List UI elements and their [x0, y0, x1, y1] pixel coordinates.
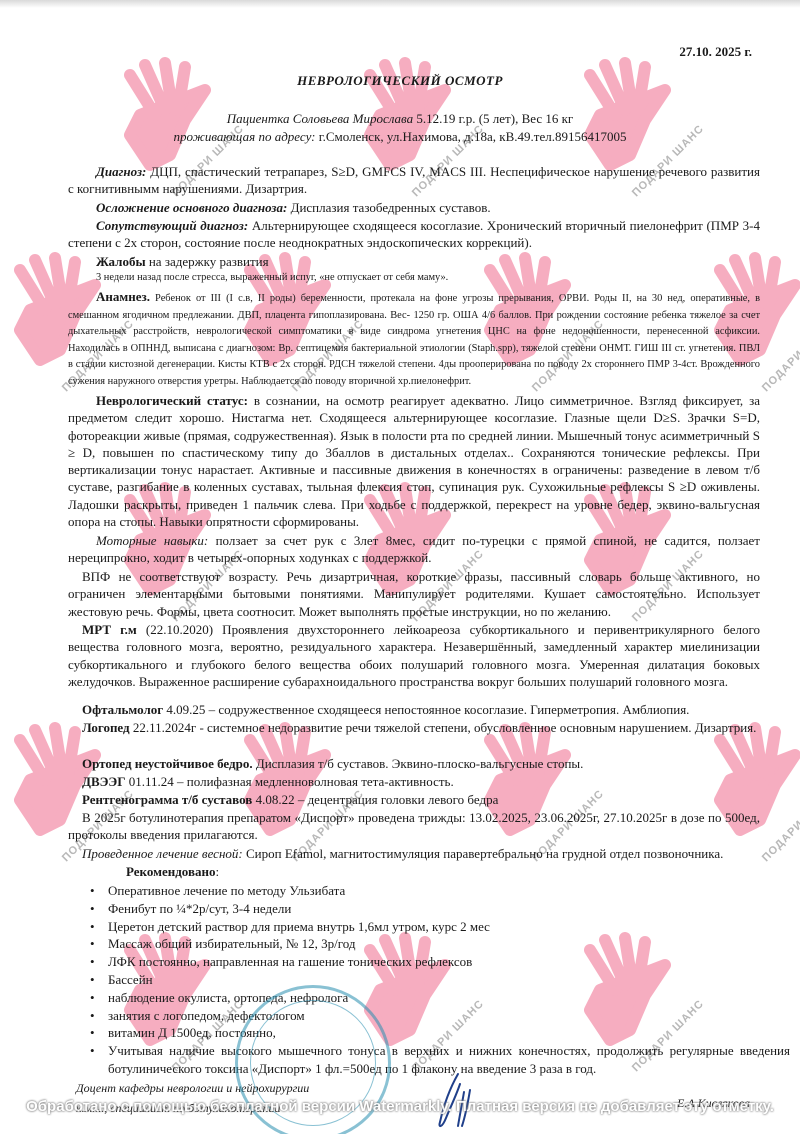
diagnosis-text: ДЦП, спастический тетрапарез, S≥D, GMFCS…: [68, 164, 760, 196]
diagnosis-section: Диагноз: ДЦП, спастический тетрапарез, S…: [68, 163, 760, 198]
motor-skills-label: Моторные навыки:: [96, 533, 208, 548]
patient-info: Пациентка Соловьева Мирослава 5.12.19 г.…: [0, 110, 800, 146]
recommendation-item: витамин Д 1500ед, постоянно,: [90, 1024, 790, 1042]
recommendation-item: Массаж общий избирательный, № 12, 3р/год: [90, 935, 790, 953]
watermark-logo-text: ПОДАРИ ШАНС: [760, 318, 800, 395]
recommendation-item: занятия с логопедом, дефектологом: [90, 1007, 790, 1025]
recommendations-colon: :: [216, 864, 220, 879]
motor-skills-section: Моторные навыки: ползает за счет рук с 3…: [68, 532, 760, 567]
document-date: 27.10. 2025 г.: [679, 44, 752, 60]
xray-label: Рентгенограмма т/б суставов: [82, 792, 252, 807]
patient-address: г.Смоленск, ул.Нахимова, д.18а, кВ.49.те…: [316, 129, 627, 144]
mri-section: МРТ г.м (22.10.2020) Проявления двухстор…: [68, 621, 760, 690]
speech-therapist-section: Логопед 22.11.2024г - системное недоразв…: [68, 719, 760, 736]
diagnosis-label: Диагноз:: [96, 164, 146, 179]
mri-label: МРТ г.м: [82, 622, 137, 637]
recommendation-item: Бассейн: [90, 971, 790, 989]
watermarkly-overlay-text: Обработано с помощью бесплатной версии W…: [0, 1098, 800, 1115]
concomitant-label: Сопутствующий диагноз:: [96, 218, 248, 233]
ophthalmologist-label: Офтальмолог: [82, 702, 163, 717]
patient-name: Пациентка Соловьева Мирослава: [227, 111, 413, 126]
watermark-logo-text: ПОДАРИ ШАНС: [760, 788, 800, 865]
orthopedist-label: Ортопед неустойчивое бедро.: [82, 756, 253, 771]
scan-edge-shadow: [0, 0, 800, 8]
spring-treatment-label: Проведенное лечение весной:: [82, 846, 243, 861]
document-page: ПОДАРИ ШАНСПОДАРИ ШАНСПОДАРИ ШАНСПОДАРИ …: [0, 0, 800, 1134]
complication-section: Осложнение основного диагноза: Дисплазия…: [68, 199, 760, 216]
complaints-detail: 3 недели назад после стресса, выраженный…: [68, 270, 760, 287]
patient-details: 5.12.19 г.р. (5 лет), Вес 16 кг: [413, 111, 573, 126]
eeg-text: 01.11.24 – полифазная медленноволновая т…: [126, 774, 454, 789]
document-title: НЕВРОЛОГИЧЕСКИЙ ОСМОТР: [0, 73, 800, 89]
anamnesis-section: Анамнез. Ребенок от III (I с.в, II роды)…: [68, 289, 760, 391]
orthopedist-section: Ортопед неустойчивое бедро. Дисплазия т/…: [68, 755, 760, 772]
vpf-section: ВПФ не соответствуют возрасту. Речь диза…: [68, 568, 760, 620]
neuro-status-text: в сознании, на осмотр реагирует адекватн…: [68, 393, 760, 529]
recommendation-item: Церетон детский раствор для приема внутр…: [90, 918, 790, 936]
spring-treatment-section: Проведенное лечение весной: Сироп Efamol…: [68, 845, 760, 862]
address-label: проживающая по адресу:: [174, 129, 316, 144]
recommendation-item: наблюдение окулиста, ортопеда, нефролога: [90, 989, 790, 1007]
complaints-section: Жалобы на задержку развития: [68, 253, 760, 270]
anamnesis-text: Ребенок от III (I с.в, II роды) беременн…: [68, 293, 760, 387]
eeg-section: ДВЭЭГ 01.11.24 – полифазная медленноволн…: [68, 773, 760, 790]
recommendation-item: ЛФК постоянно, направленная на гашение т…: [90, 953, 790, 971]
anamnesis-label: Анамнез.: [96, 289, 150, 304]
eeg-label: ДВЭЭГ: [82, 774, 126, 789]
complication-text: Дисплазия тазобедренных суставов.: [287, 200, 490, 215]
neuro-status-section: Неврологический статус: в сознании, на о…: [68, 392, 760, 530]
speech-therapist-label: Логопед: [82, 720, 130, 735]
complaints-text: на задержку развития: [146, 254, 269, 269]
mri-text: (22.10.2020) Проявления двухстороннего л…: [68, 622, 760, 689]
concomitant-section: Сопутствующий диагноз: Альтернирующее сх…: [68, 217, 760, 252]
botox-section: В 2025г ботулинотерапия препаратом «Дисп…: [68, 809, 760, 844]
neuro-status-label: Неврологический статус:: [96, 393, 248, 408]
recommendations-heading: Рекомендовано:: [126, 863, 426, 880]
spring-treatment-text: Сироп Efamol, магнитостимуляция параверт…: [243, 846, 724, 861]
recommendations-label: Рекомендовано: [126, 864, 216, 879]
orthopedist-text: Дисплазия т/б суставов. Эквино-плоско-ва…: [253, 756, 584, 771]
ophthalmologist-section: Офтальмолог 4.09.25 – содружественное сх…: [68, 701, 760, 718]
xray-text: 4.08.22 – децентрация головки левого бед…: [252, 792, 498, 807]
ophthalmologist-text: 4.09.25 – содружественное сходящееся неп…: [163, 702, 689, 717]
recommendation-item: Фенибут по ¼*2р/сут, 3-4 недели: [90, 900, 790, 918]
recommendation-item: Оперативное лечение по методу Ульзибата: [90, 882, 790, 900]
complication-label: Осложнение основного диагноза:: [96, 200, 287, 215]
recommendations-list: Оперативное лечение по методу УльзибатаФ…: [68, 882, 790, 1078]
speech-therapist-text: 22.11.2024г - системное недоразвитие реч…: [130, 720, 757, 735]
complaints-label: Жалобы: [96, 254, 146, 269]
xray-section: Рентгенограмма т/б суставов 4.08.22 – де…: [68, 791, 760, 808]
